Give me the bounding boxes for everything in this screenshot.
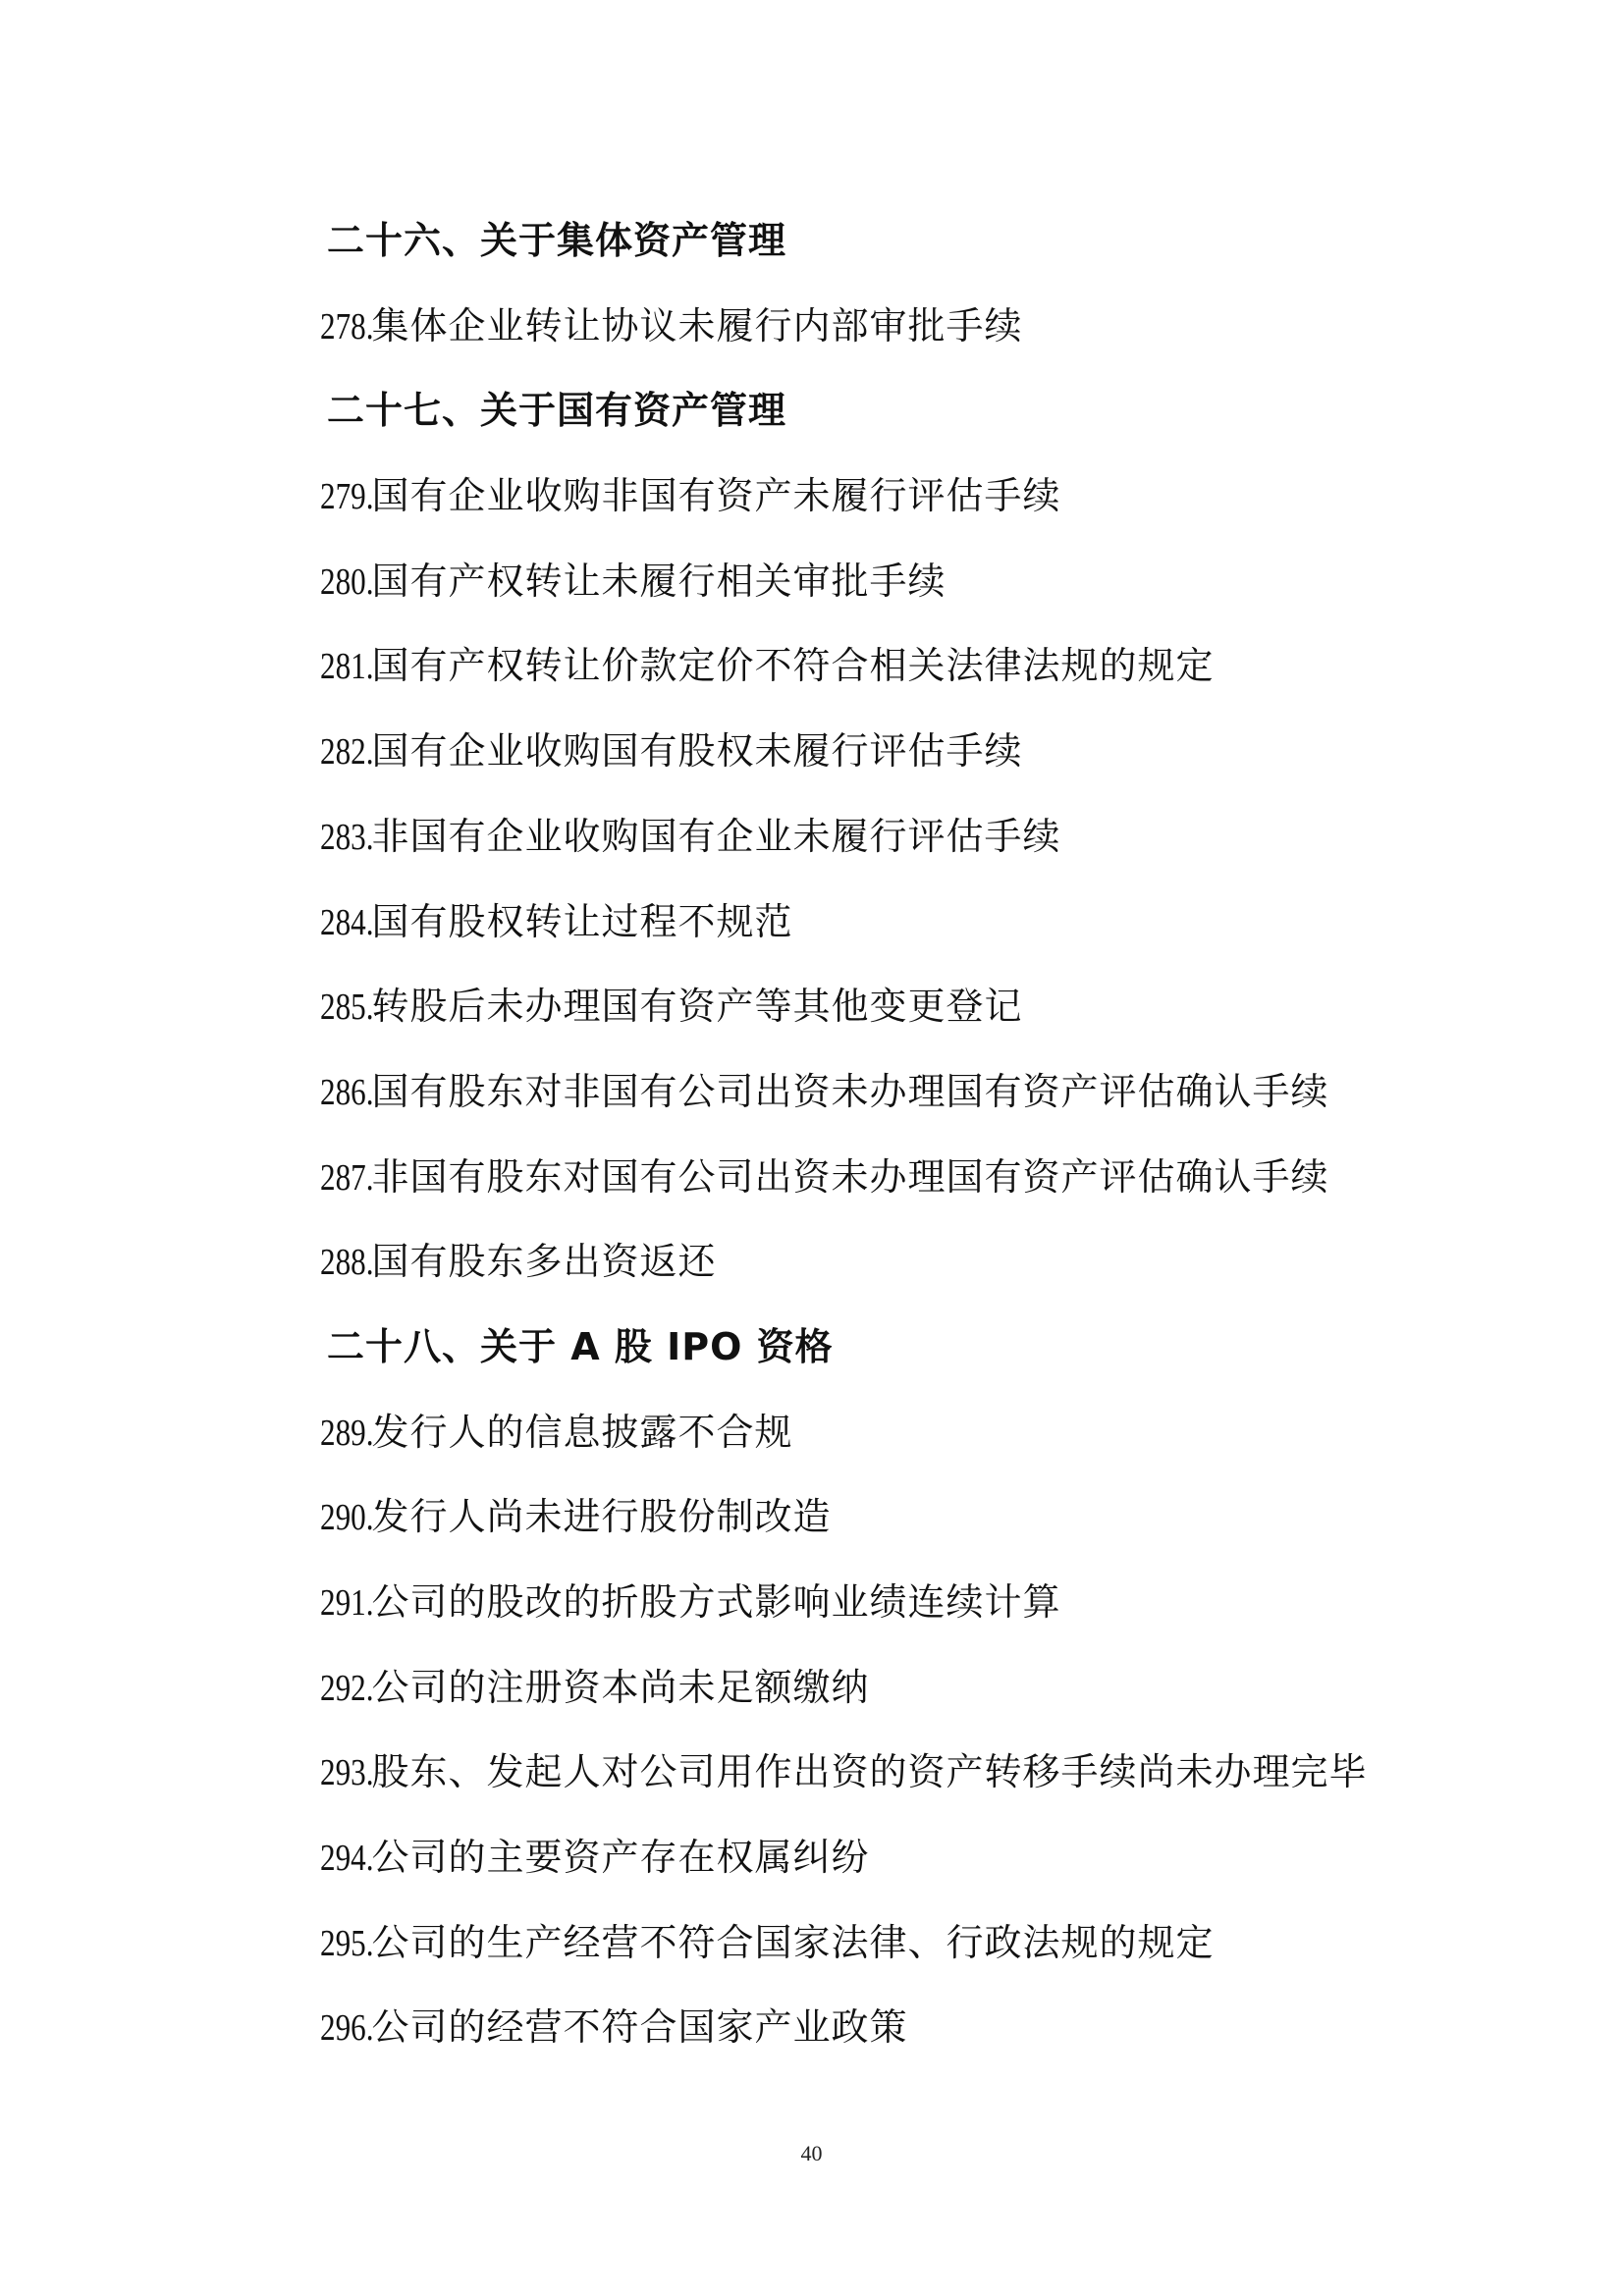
item-text: 股东、发起人对公司用作出资的资产转移手续尚未办理完毕 — [372, 1750, 1368, 1793]
list-item: 294.公司的主要资产存在权属纠纷 — [320, 1828, 1449, 1913]
section-heading: 二十七、关于国有资产管理 — [320, 381, 1449, 466]
item-text: 公司的经营不符合国家产业政策 — [372, 2005, 908, 2049]
list-item: 286.国有股东对非国有公司出资未办理国有资产评估确认手续 — [320, 1062, 1449, 1148]
item-text: 公司的主要资产存在权属纠纷 — [372, 1836, 870, 1879]
list-item: 290.发行人尚未进行股份制改造 — [320, 1487, 1449, 1573]
item-number: 287. — [320, 1148, 374, 1207]
section-heading: 二十八、关于 A 股 IPO 资格 — [320, 1317, 1449, 1403]
item-text: 非国有企业收购国有企业未履行评估手续 — [372, 815, 1061, 858]
item-number: 290. — [320, 1488, 374, 1547]
list-item: 288.国有股东多出资返还 — [320, 1232, 1449, 1317]
item-number: 292. — [320, 1659, 374, 1718]
item-number: 288. — [320, 1233, 374, 1292]
page-number: 40 — [0, 2141, 1623, 2166]
list-item: 278.集体企业转让协议未履行内部审批手续 — [320, 296, 1449, 382]
item-number: 284. — [320, 893, 374, 952]
list-item: 284.国有股权转让过程不规范 — [320, 892, 1449, 978]
item-number: 279. — [320, 467, 374, 526]
item-text: 国有产权转让价款定价不符合相关法律法规的规定 — [372, 644, 1215, 687]
list-item: 280.国有产权转让未履行相关审批手续 — [320, 552, 1449, 637]
item-number: 296. — [320, 1999, 374, 2057]
list-item: 287.非国有股东对国有公司出资未办理国有资产评估确认手续 — [320, 1148, 1449, 1233]
list-item: 291.公司的股改的折股方式影响业绩连续计算 — [320, 1573, 1449, 1658]
item-number: 283. — [320, 808, 374, 867]
item-text: 非国有股东对国有公司出资未办理国有资产评估确认手续 — [372, 1155, 1329, 1199]
section-heading: 二十六、关于集体资产管理 — [320, 211, 1449, 296]
item-number: 282. — [320, 722, 374, 781]
list-item: 293.股东、发起人对公司用作出资的资产转移手续尚未办理完毕 — [320, 1742, 1449, 1828]
item-text: 公司的注册资本尚未足额缴纳 — [372, 1666, 870, 1709]
list-item: 282.国有企业收购国有股权未履行评估手续 — [320, 721, 1449, 807]
item-number: 280. — [320, 553, 374, 612]
item-text: 国有股东多出资返还 — [372, 1240, 717, 1283]
list-item: 283.非国有企业收购国有企业未履行评估手续 — [320, 807, 1449, 892]
item-text: 国有企业收购非国有资产未履行评估手续 — [372, 474, 1061, 517]
item-number: 281. — [320, 637, 374, 696]
page-content: 二十六、关于集体资产管理 278.集体企业转让协议未履行内部审批手续 二十七、关… — [320, 211, 1449, 2083]
list-item: 285.转股后未办理国有资产等其他变更登记 — [320, 977, 1449, 1062]
item-text: 国有股权转让过程不规范 — [372, 900, 793, 943]
list-item: 279.国有企业收购非国有资产未履行评估手续 — [320, 466, 1449, 552]
item-text: 转股后未办理国有资产等其他变更登记 — [372, 985, 1023, 1028]
list-item: 289.发行人的信息披露不合规 — [320, 1403, 1449, 1488]
list-item: 296.公司的经营不符合国家产业政策 — [320, 1998, 1449, 2083]
item-number: 289. — [320, 1404, 374, 1463]
item-text: 国有企业收购国有股权未履行评估手续 — [372, 729, 1023, 773]
item-number: 295. — [320, 1914, 374, 1973]
item-text: 国有股东对非国有公司出资未办理国有资产评估确认手续 — [372, 1070, 1329, 1113]
item-text: 国有产权转让未履行相关审批手续 — [372, 560, 947, 603]
list-item: 292.公司的注册资本尚未足额缴纳 — [320, 1658, 1449, 1743]
list-item: 281.国有产权转让价款定价不符合相关法律法规的规定 — [320, 636, 1449, 721]
item-number: 291. — [320, 1574, 374, 1632]
item-number: 286. — [320, 1063, 374, 1122]
list-item: 295.公司的生产经营不符合国家法律、行政法规的规定 — [320, 1913, 1449, 1999]
document-page: 二十六、关于集体资产管理 278.集体企业转让协议未履行内部审批手续 二十七、关… — [0, 0, 1623, 2296]
item-text: 公司的生产经营不符合国家法律、行政法规的规定 — [372, 1921, 1215, 1964]
item-number: 294. — [320, 1829, 374, 1888]
item-text: 集体企业转让协议未履行内部审批手续 — [372, 304, 1023, 347]
item-number: 293. — [320, 1743, 374, 1802]
item-text: 公司的股改的折股方式影响业绩连续计算 — [372, 1580, 1061, 1624]
item-number: 278. — [320, 297, 374, 356]
item-text: 发行人的信息披露不合规 — [372, 1411, 793, 1454]
item-text: 发行人尚未进行股份制改造 — [372, 1495, 832, 1538]
item-number: 285. — [320, 978, 374, 1037]
